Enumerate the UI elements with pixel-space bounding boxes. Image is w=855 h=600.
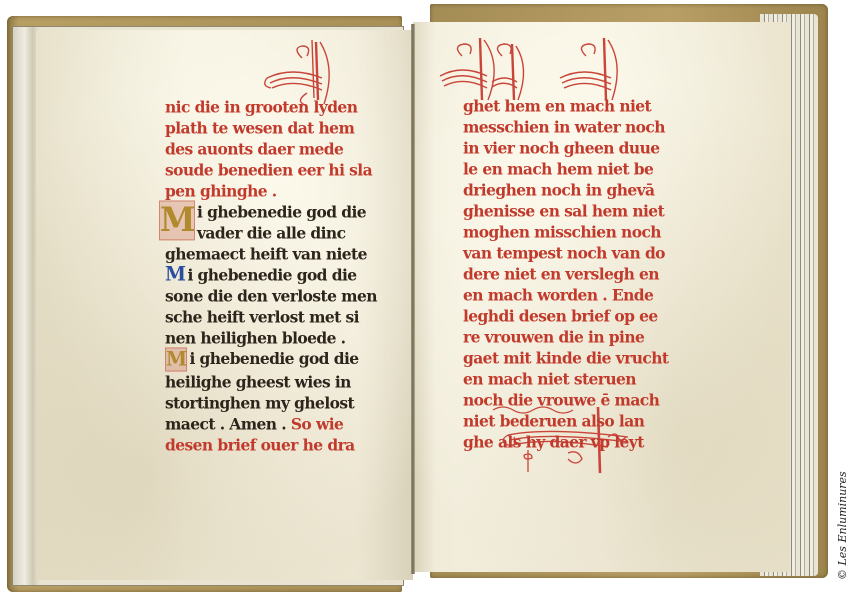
text-line: messchien in water noch — [463, 115, 683, 137]
text-line: leghdi desen brief op ee — [463, 304, 683, 326]
open-manuscript: nic die in grooten lyden plath te wesen … — [0, 0, 855, 600]
text-line: Mi ghebenedie god die — [165, 347, 395, 371]
text-line: niet bederuen also lan — [463, 409, 683, 431]
text-line: en mach niet steruen — [463, 367, 683, 389]
text-line: in vier noch gheen duue — [463, 136, 683, 158]
text-line: dere niet en verslegh en — [463, 262, 683, 284]
text-line: Mi ghebenedie god die — [165, 263, 395, 285]
text-line: nen heilighen bloede . — [165, 326, 395, 348]
text-line: sone die den verloste men — [165, 284, 395, 306]
text-line: ghemaect heift van niete — [165, 242, 395, 264]
text-line: des auonts daer mede — [165, 137, 395, 159]
text-line: ghe als hy daer vp leyt — [463, 430, 683, 452]
text-line: plath te wesen dat hem — [165, 116, 395, 138]
text-line-body: i ghebenedie god die — [197, 202, 366, 222]
text-line: maect . Amen . So wie — [165, 412, 395, 434]
left-page-text: nic die in grooten lyden plath te wesen … — [165, 96, 395, 455]
text-line: heilighe gheest wies in — [165, 370, 395, 392]
text-line: Mi ghebenedie god die — [165, 200, 395, 222]
text-line: desen brief ouer he dra — [165, 433, 395, 455]
text-line: stortinghen my ghelost — [165, 391, 395, 413]
spine-gutter — [411, 24, 415, 574]
text-line: ghet hem en mach niet — [463, 94, 683, 116]
text-line-body: i ghebenedie god die — [189, 348, 358, 368]
text-line: en mach worden . Ende — [463, 283, 683, 305]
text-line: soude benedien eer hi sla — [165, 158, 395, 180]
text-line-body: i ghebenedie god die — [187, 265, 356, 285]
text-line-body: maect . Amen . — [165, 414, 286, 434]
text-line: sche heift verlost met si — [165, 305, 395, 327]
text-line: ghenisse en sal hem niet — [463, 199, 683, 221]
rubric-text: So wie — [291, 414, 343, 434]
text-line: le en mach hem niet be — [463, 157, 683, 179]
text-line: van tempest noch van do — [463, 241, 683, 263]
right-page-text: ghet hem en mach niet messchien in water… — [463, 95, 683, 452]
text-line: vader die alle dinc — [165, 221, 395, 243]
copyright-notice: © Les Enluminures — [836, 471, 849, 580]
blue-initial-m: M — [165, 263, 185, 285]
text-line: gaet mit kinde die vrucht — [463, 346, 683, 368]
text-line: re vrouwen die in pine — [463, 325, 683, 347]
text-line: drieghen noch in ghevā — [463, 178, 683, 200]
text-line: nic die in grooten lyden — [165, 95, 395, 117]
gold-initial-m: M — [165, 347, 187, 371]
text-line: noch die vrouwe ē mach — [463, 388, 683, 410]
text-line: moghen misschien noch — [463, 220, 683, 242]
text-line: pen ghinghe . — [165, 179, 395, 201]
